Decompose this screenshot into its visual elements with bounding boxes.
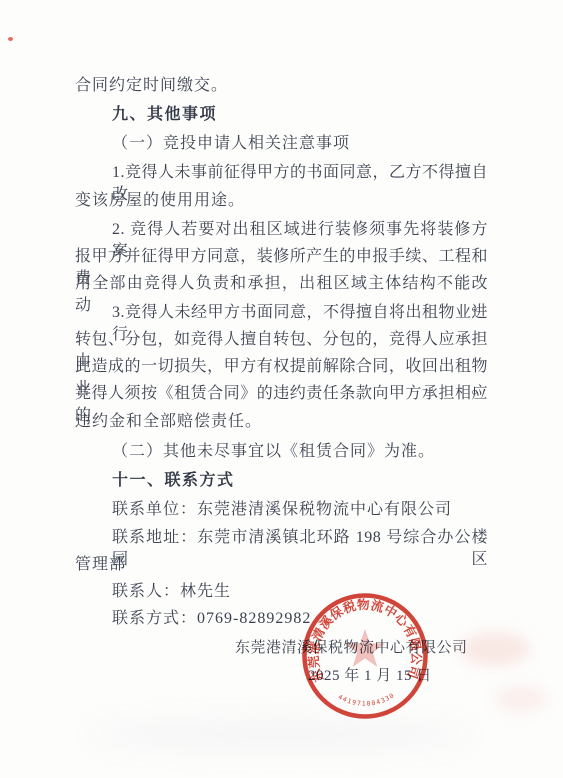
official-seal: 东莞港清溪保税物流中心有限公司 4419710043306	[295, 586, 435, 726]
subsection-heading-one: （一）竞投申请人相关注意事项	[75, 133, 488, 155]
scanned-document-page: 合同约定时间缴交。 九、其他事项 （一）竞投申请人相关注意事项 1.竞得人未事前…	[0, 0, 563, 778]
section-heading-nine: 九、其他事项	[75, 104, 488, 126]
contact-unit-line: 联系单位：东莞港清溪保税物流中心有限公司	[75, 499, 488, 521]
pink-ink-smudge	[495, 686, 547, 712]
subsection-heading-two: （二）其他未尽事宜以《租赁合同》为准。	[75, 441, 488, 463]
body-line: 变该房屋的使用用途。	[75, 190, 488, 212]
seal-star-icon	[345, 629, 385, 667]
contact-address-cont-line: 管理部	[75, 554, 488, 576]
section-heading-eleven: 十一、联系方式	[75, 470, 488, 492]
body-line: 违约金和全部赔偿责任。	[75, 411, 488, 433]
body-line: 合同约定时间缴交。	[75, 75, 488, 97]
scan-red-speck	[8, 37, 13, 41]
